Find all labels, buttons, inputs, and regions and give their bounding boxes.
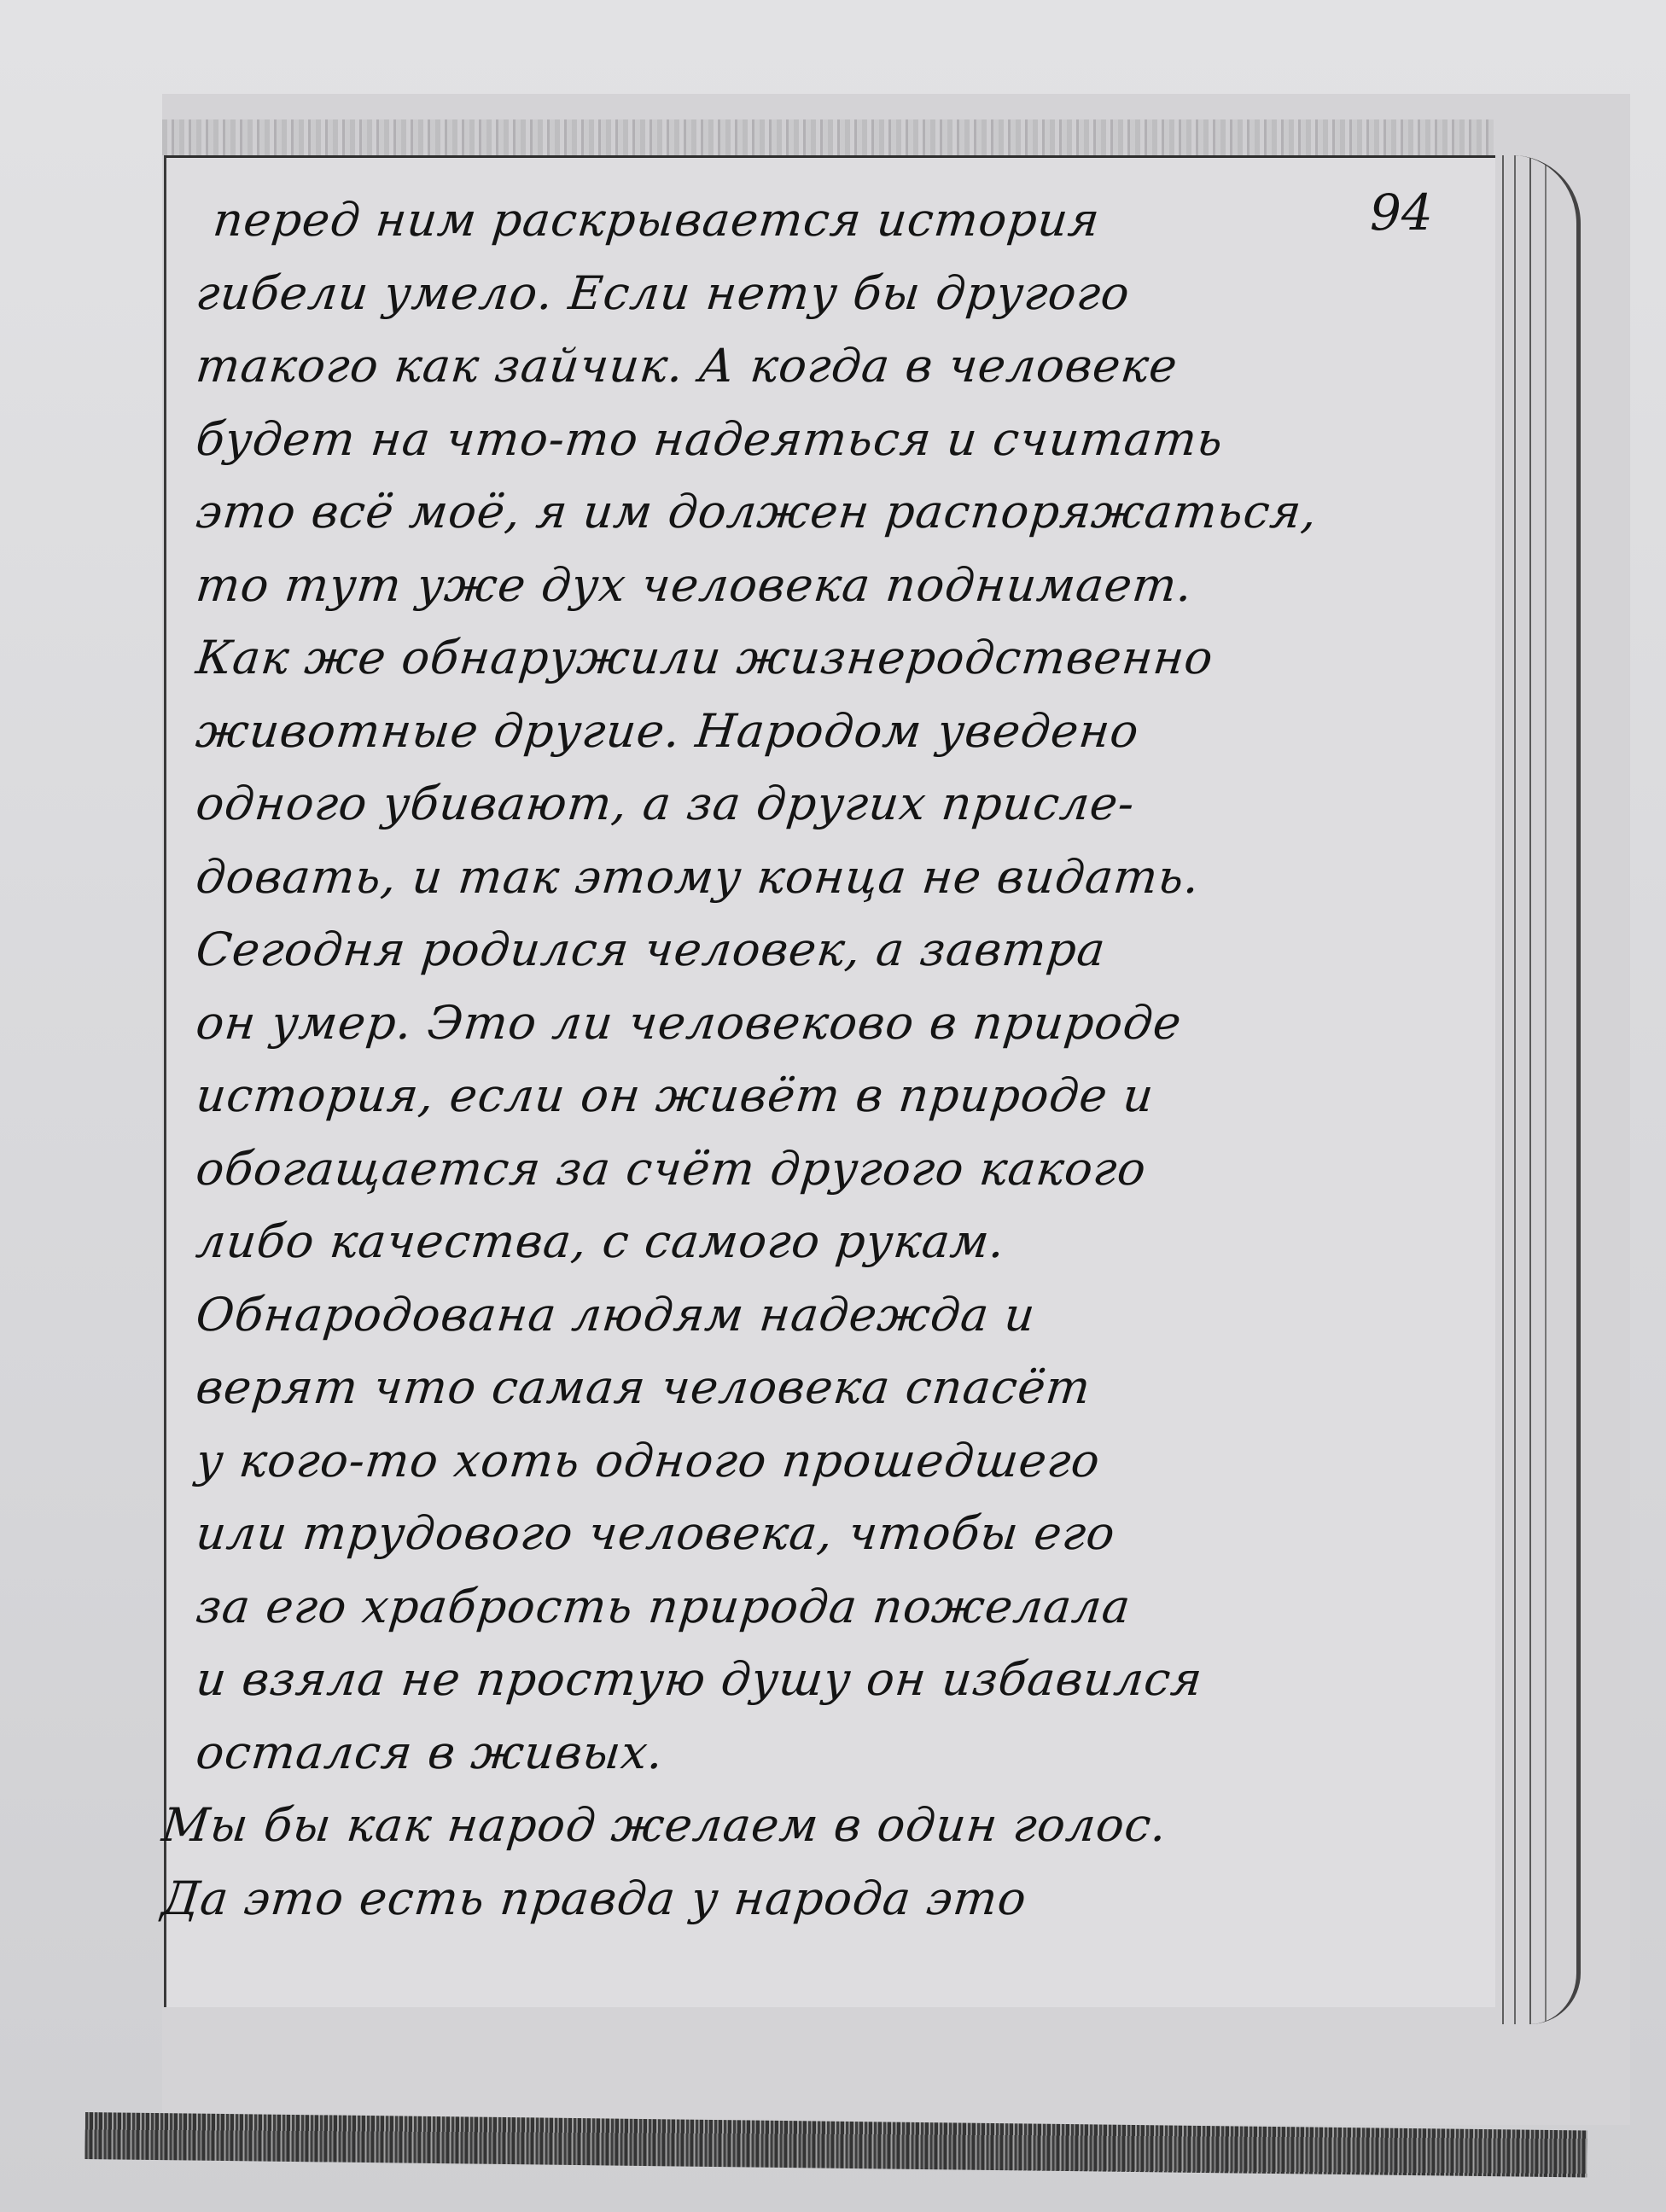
text-line: и взяла не простую душу он избавился <box>193 1643 1489 1716</box>
handwritten-text-block: перед ним раскрывается история гибели ум… <box>196 183 1485 1935</box>
text-line: история, если он живёт в природе и <box>193 1059 1489 1132</box>
text-line: то тут уже дух человека поднимает. <box>193 549 1489 622</box>
text-line: обогащается за счёт другого какого <box>193 1132 1489 1206</box>
text-line: одного убивают, а за других присле- <box>193 767 1489 841</box>
text-line: или трудового человека, чтобы его <box>193 1497 1489 1570</box>
text-line: будет на что-то надеяться и считать <box>193 403 1489 476</box>
text-line: Обнародована людям надежда и <box>193 1278 1489 1352</box>
text-line: довать, и так этому конца не видать. <box>193 841 1489 914</box>
text-line: он умер. Это ли человеково в природе <box>193 987 1489 1060</box>
text-line: остался в живых. <box>193 1716 1489 1790</box>
text-line: за его храбрость природа пожелала <box>193 1570 1489 1644</box>
top-binding-band <box>162 119 1494 155</box>
text-line: животные другие. Народом уведено <box>193 695 1489 768</box>
text-line: Мы бы как народ желаем в один голос. <box>159 1789 1489 1862</box>
text-line: Да это есть правда у народа это <box>159 1862 1489 1935</box>
text-line: это всё моё, я им должен распоряжаться, <box>193 475 1489 549</box>
text-line: либо качества, с самого рукам. <box>193 1205 1489 1278</box>
text-line: перед ним раскрывается история <box>193 183 1489 257</box>
text-line: такого как зайчик. А когда в человеке <box>193 329 1489 403</box>
text-line: гибели умело. Если нету бы другого <box>193 257 1489 330</box>
text-line: Как же обнаружили жизнеродственно <box>193 621 1489 695</box>
text-line: у кого-то хоть одного прошедшего <box>193 1424 1489 1498</box>
notebook-spine-border <box>1495 155 1581 2024</box>
text-line: верят что самая человека спасёт <box>193 1351 1489 1424</box>
text-line: Сегодня родился человек, а завтра <box>193 913 1489 987</box>
